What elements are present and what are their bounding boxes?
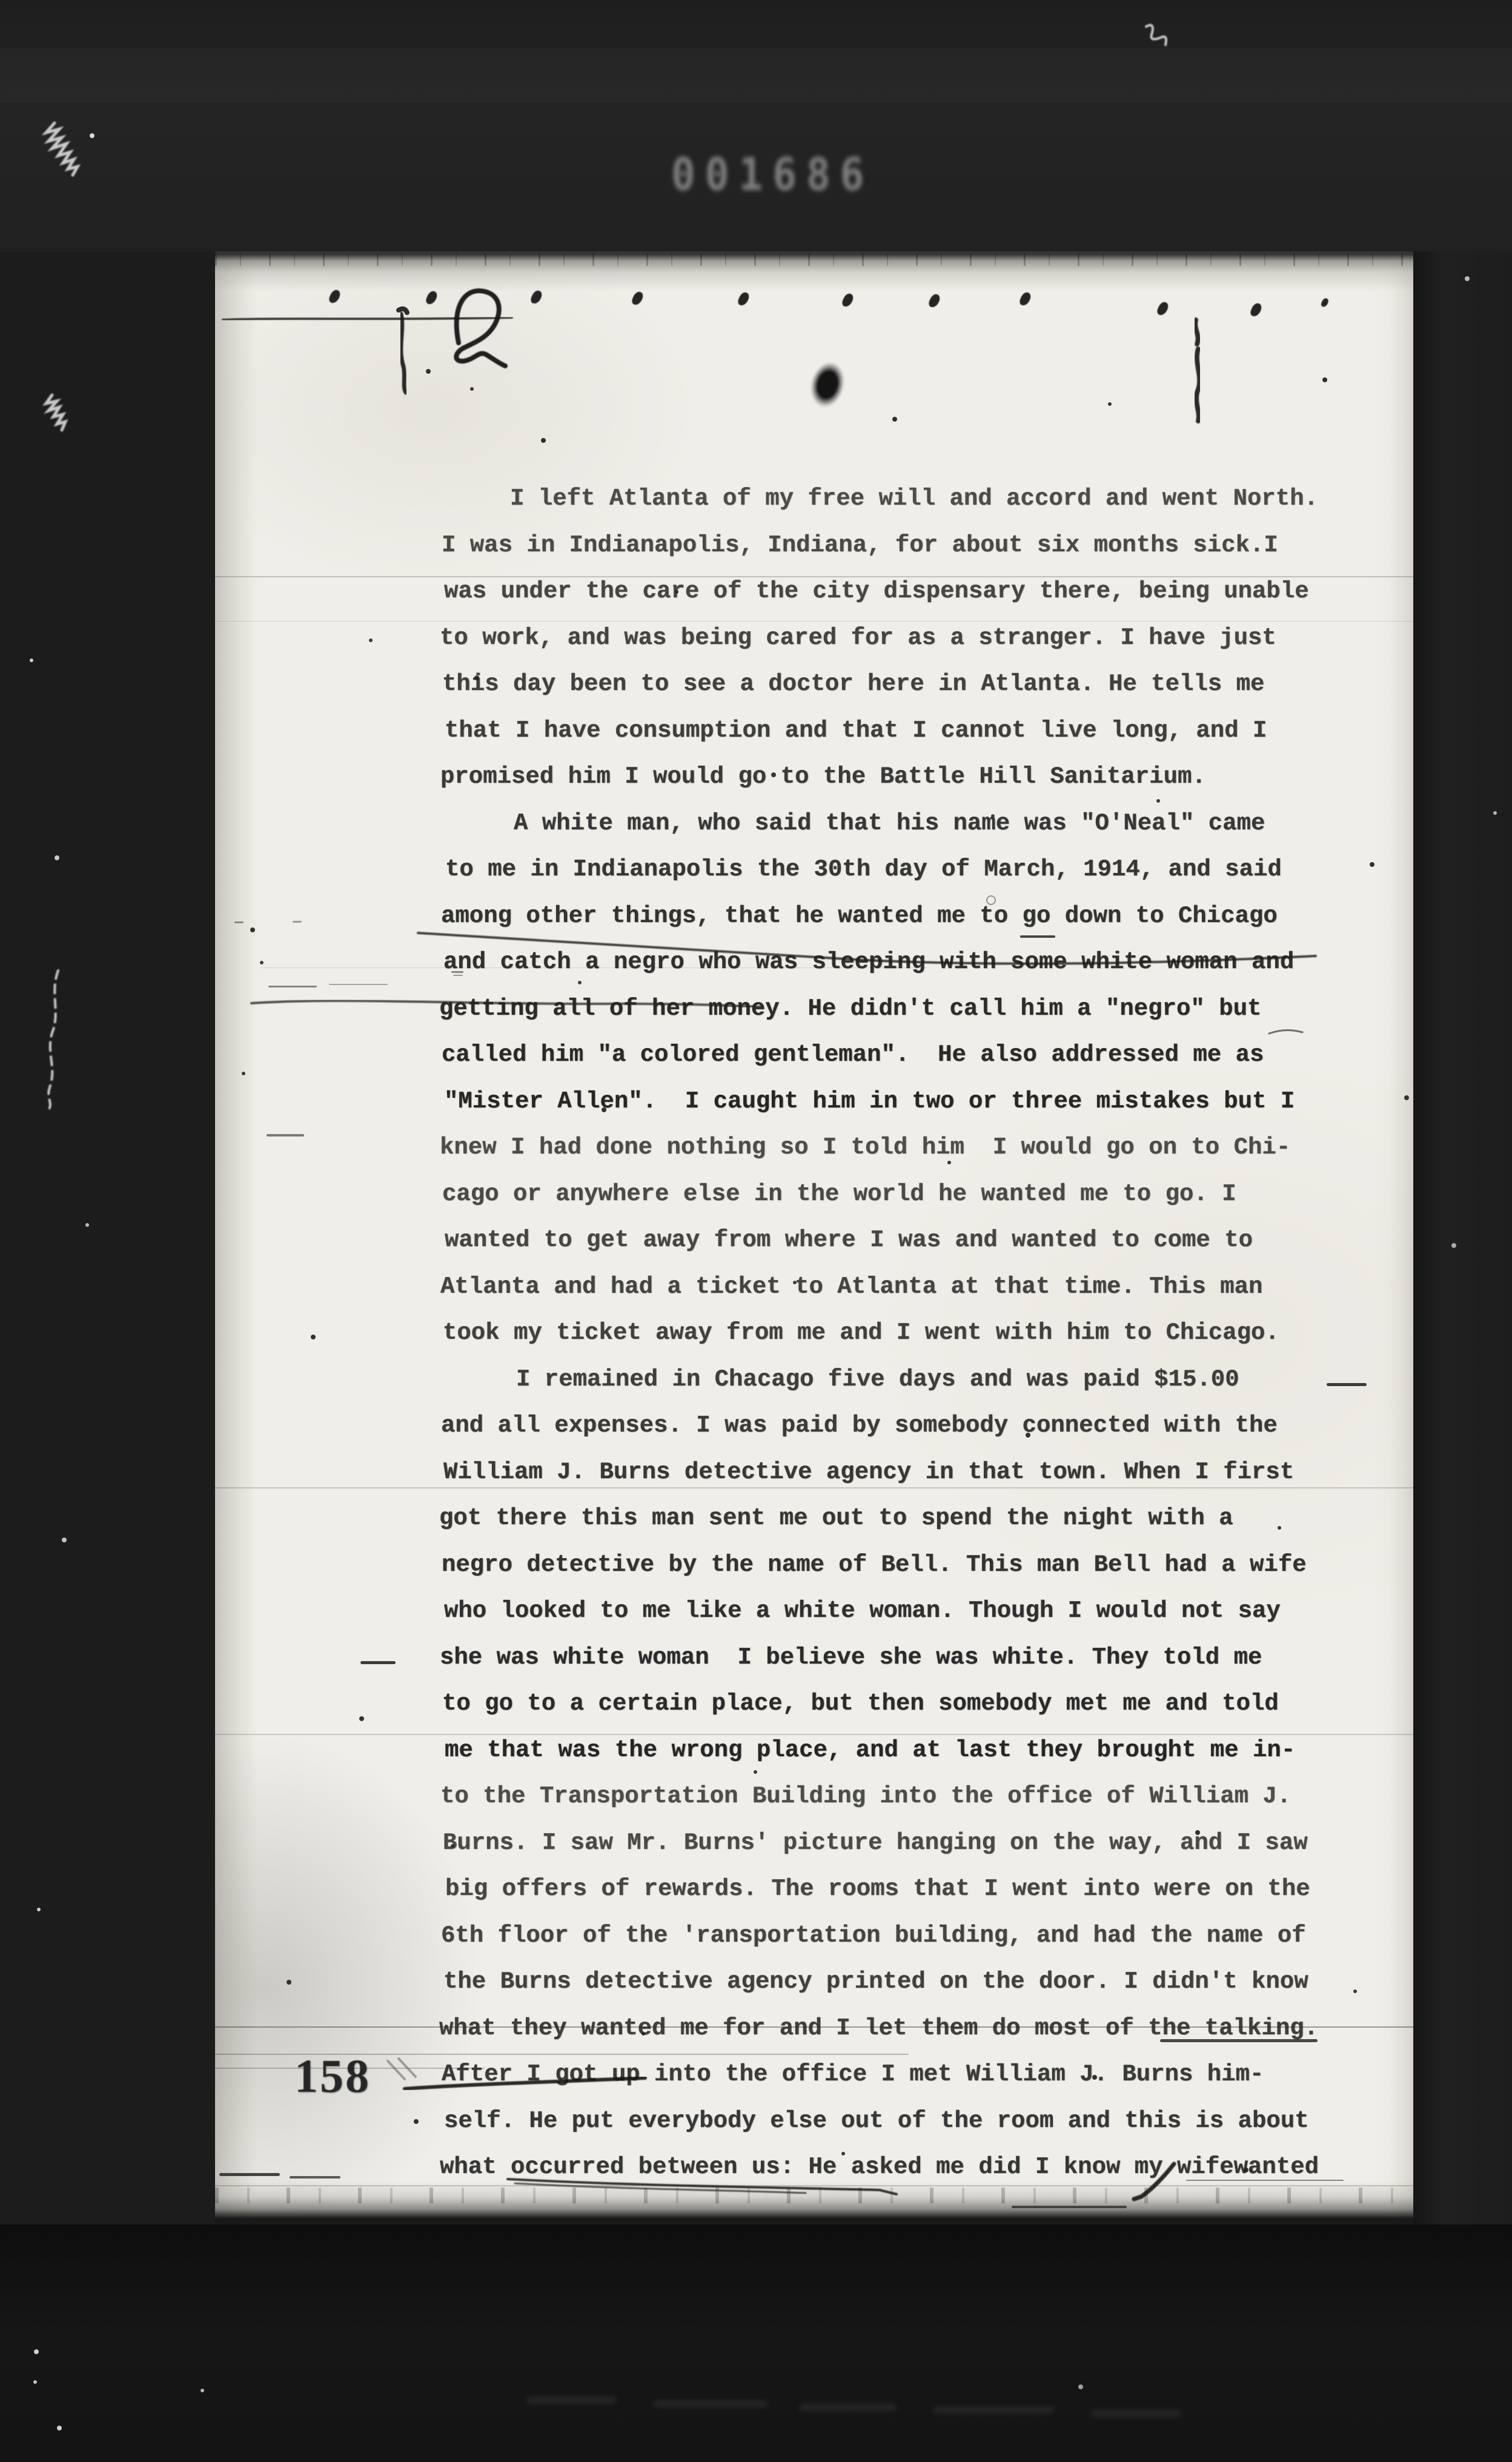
handwritten-2-annotation [456,291,505,366]
pen-strikethrough-line12 [251,1001,760,1007]
pen-strikethrough-line11 [418,933,1316,964]
pen-mark-over-as [1269,1030,1302,1034]
white-speck-field [0,0,2,2]
pen-vertical-stroke [401,314,406,393]
pen-vertical-stroke-head [399,309,407,313]
pen-marks-layer [0,0,1512,2462]
pen-horizontal-line [223,317,512,320]
film-edge-scribbles [46,25,1166,1110]
pen-strikethrough-after-i-got-up [405,2078,645,2089]
bottom-swoosh [508,2179,897,2194]
check-mark [1134,2164,1174,2199]
pen-jagged-vertical-mark [1195,320,1199,421]
stamp-squiggle [388,2059,416,2079]
microfilm-frame: 001686 [0,0,1512,2462]
